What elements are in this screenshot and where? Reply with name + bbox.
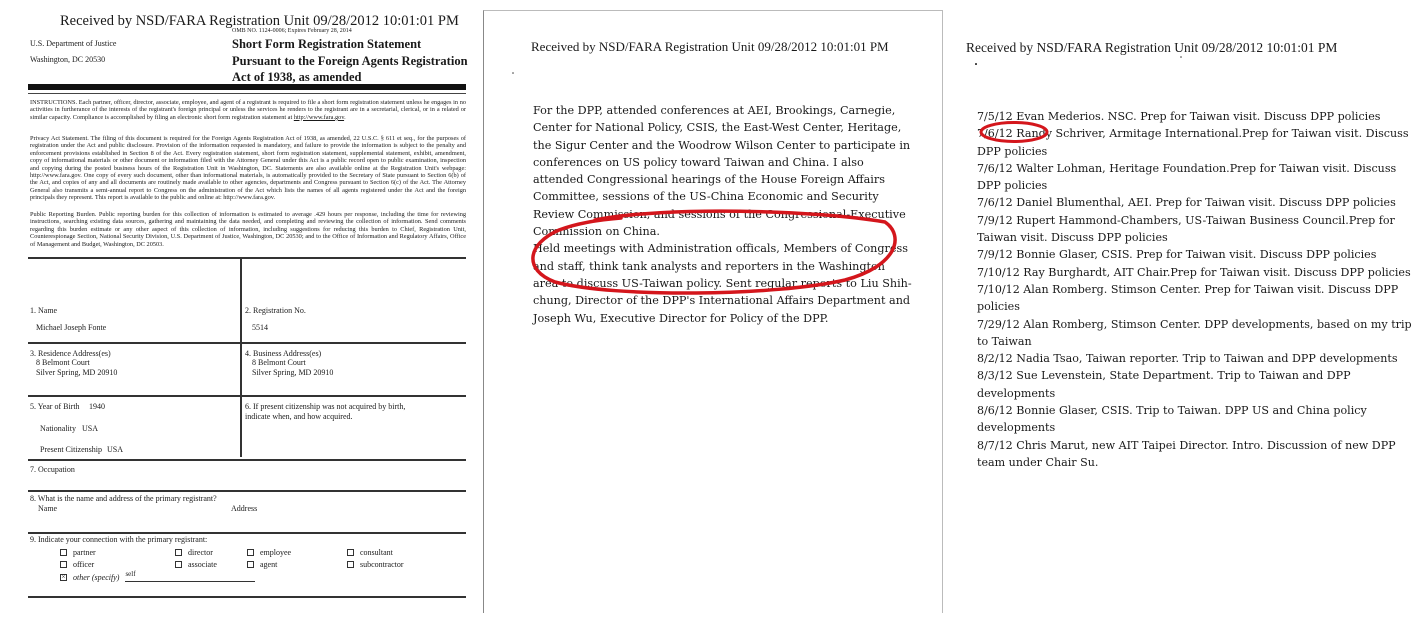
contact-log-entry: 7/29/12 Alan Romberg, Stimson Center. DP… <box>977 316 1417 351</box>
public-reporting-burden: Public Reporting Burden. Public reportin… <box>30 211 466 248</box>
form-title: Short Form Registration Statement <box>232 37 421 52</box>
business-label: 4. Business Address(es) <box>245 349 321 358</box>
registration-number-label: 2. Registration No. <box>245 306 306 315</box>
other-specify-value: self <box>125 570 135 578</box>
form-rule <box>28 395 466 397</box>
checkbox-agent[interactable]: agent <box>247 560 277 569</box>
checkbox-partner[interactable]: partner <box>60 548 96 557</box>
checkbox-subcontractor-box[interactable] <box>347 561 354 568</box>
scan-speck <box>512 72 514 74</box>
contact-log-entry: 8/6/12 Bonnie Glaser, CSIS. Trip to Taiw… <box>977 402 1417 437</box>
page-fara-short-form: Received by NSD/FARA Registration Unit 0… <box>0 0 480 644</box>
received-stamp: Received by NSD/FARA Registration Unit 0… <box>966 40 1337 56</box>
checkbox-consultant-box[interactable] <box>347 549 354 556</box>
nationality-label: Nationality <box>40 424 76 433</box>
contact-log-list: 7/5/12 Evan Mederios. NSC. Prep for Taiw… <box>977 108 1417 471</box>
contact-log-entry: 7/6/12 Walter Lohman, Heritage Foundatio… <box>977 160 1417 195</box>
checkbox-consultant-label: consultant <box>360 548 393 557</box>
checkbox-associate-box[interactable] <box>175 561 182 568</box>
checkbox-agent-label: agent <box>260 560 277 569</box>
form-rule <box>28 459 466 461</box>
checkbox-partner-box[interactable] <box>60 549 67 556</box>
name-label: 1. Name <box>30 306 57 315</box>
instructions-text: INSTRUCTIONS. Each partner, officer, dir… <box>30 99 466 121</box>
contact-log-entry: 8/2/12 Nadia Tsao, Taiwan reporter. Trip… <box>977 350 1417 367</box>
checkbox-director[interactable]: director <box>175 548 213 557</box>
red-circle-annotation <box>525 208 905 298</box>
checkbox-officer[interactable]: officer <box>60 560 94 569</box>
business-line1: 8 Belmont Court <box>252 358 306 367</box>
checkbox-officer-box[interactable] <box>60 561 67 568</box>
page-activity-narrative: Received by NSD/FARA Registration Unit 0… <box>483 0 945 644</box>
checkbox-director-box[interactable] <box>175 549 182 556</box>
header-rule <box>28 84 466 90</box>
name-value: Michael Joseph Fonte <box>36 323 106 332</box>
residence-line1: 8 Belmont Court <box>36 358 90 367</box>
contact-log-entry: 7/10/12 Ray Burghardt, AIT Chair.Prep fo… <box>977 264 1417 281</box>
checkbox-subcontractor-label: subcontractor <box>360 560 404 569</box>
checkbox-associate-label: associate <box>188 560 217 569</box>
form-rule <box>28 342 466 344</box>
checkbox-other-box[interactable]: × <box>60 574 67 581</box>
instructions-body: INSTRUCTIONS. Each partner, officer, dir… <box>30 99 466 121</box>
contact-log-entry: 7/9/12 Bonnie Glaser, CSIS. Prep for Tai… <box>977 246 1417 263</box>
agency-city: Washington, DC 20530 <box>30 55 105 64</box>
checkbox-other-label: other (specify) <box>73 573 119 582</box>
fara-link[interactable]: http://www.fara.gov <box>294 114 344 121</box>
checkbox-agent-box[interactable] <box>247 561 254 568</box>
citizenship-label: Present Citizenship <box>40 445 102 454</box>
checkbox-officer-label: officer <box>73 560 94 569</box>
occupation-label: 7. Occupation <box>30 465 75 474</box>
checkbox-subcontractor[interactable]: subcontractor <box>347 560 404 569</box>
checkbox-employee-box[interactable] <box>247 549 254 556</box>
scan-speck <box>975 63 977 65</box>
contact-log-entry: 7/9/12 Rupert Hammond-Chambers, US-Taiwa… <box>977 212 1417 247</box>
checkbox-other[interactable]: × other (specify) self <box>60 572 255 582</box>
checkbox-associate[interactable]: associate <box>175 560 217 569</box>
scan-speck <box>1180 56 1182 58</box>
primary-registrant-label: 8. What is the name and address of the p… <box>30 494 217 503</box>
page-contact-log: Received by NSD/FARA Registration Unit 0… <box>946 0 1422 644</box>
form-rule <box>28 490 466 492</box>
primary-registrant-address-label: Address <box>231 504 257 513</box>
agency-name: U.S. Department of Justice <box>30 39 116 48</box>
form-subtitle: Pursuant to the Foreign Agents Registrat… <box>232 53 472 85</box>
primary-registrant-name-label: Name <box>38 504 57 513</box>
business-line2: Silver Spring, MD 20910 <box>252 368 333 377</box>
header-rule-thin <box>28 93 466 94</box>
received-stamp: Received by NSD/FARA Registration Unit 0… <box>531 39 889 55</box>
residence-line2: Silver Spring, MD 20910 <box>36 368 117 377</box>
connection-label: 9. Indicate your connection with the pri… <box>30 535 207 544</box>
form-rule <box>28 257 466 259</box>
year-of-birth-value: 1940 <box>89 402 105 411</box>
contact-log-entry: 8/7/12 Chris Marut, new AIT Taipei Direc… <box>977 437 1417 472</box>
form-column-divider <box>240 257 242 457</box>
citizenship-acquired-label: 6. If present citizenship was not acquir… <box>245 402 425 422</box>
form-rule <box>28 596 466 598</box>
year-of-birth-label: 5. Year of Birth <box>30 402 80 411</box>
checkbox-employee-label: employee <box>260 548 291 557</box>
residence-label: 3. Residence Address(es) <box>30 349 111 358</box>
contact-log-entry: 8/3/12 Sue Levenstein, State Department.… <box>977 367 1417 402</box>
form-rule <box>28 532 466 534</box>
registration-number-value: 5514 <box>252 323 268 332</box>
contact-log-entry: 7/6/12 Daniel Blumenthal, AEI. Prep for … <box>977 194 1417 211</box>
omb-number: OMB NO. 1124-0006; Expires February 28, … <box>232 28 352 34</box>
other-specify-field[interactable]: self <box>125 572 255 582</box>
checkbox-employee[interactable]: employee <box>247 548 291 557</box>
checkbox-consultant[interactable]: consultant <box>347 548 393 557</box>
checkbox-director-label: director <box>188 548 213 557</box>
citizenship-value: USA <box>107 445 123 454</box>
nationality-value: USA <box>82 424 98 433</box>
red-circle-annotation-name <box>978 120 1050 144</box>
checkbox-partner-label: partner <box>73 548 96 557</box>
privacy-act-statement: Privacy Act Statement. The filing of thi… <box>30 135 466 202</box>
contact-log-entry: 7/10/12 Alan Romberg. Stimson Center. Pr… <box>977 281 1417 316</box>
